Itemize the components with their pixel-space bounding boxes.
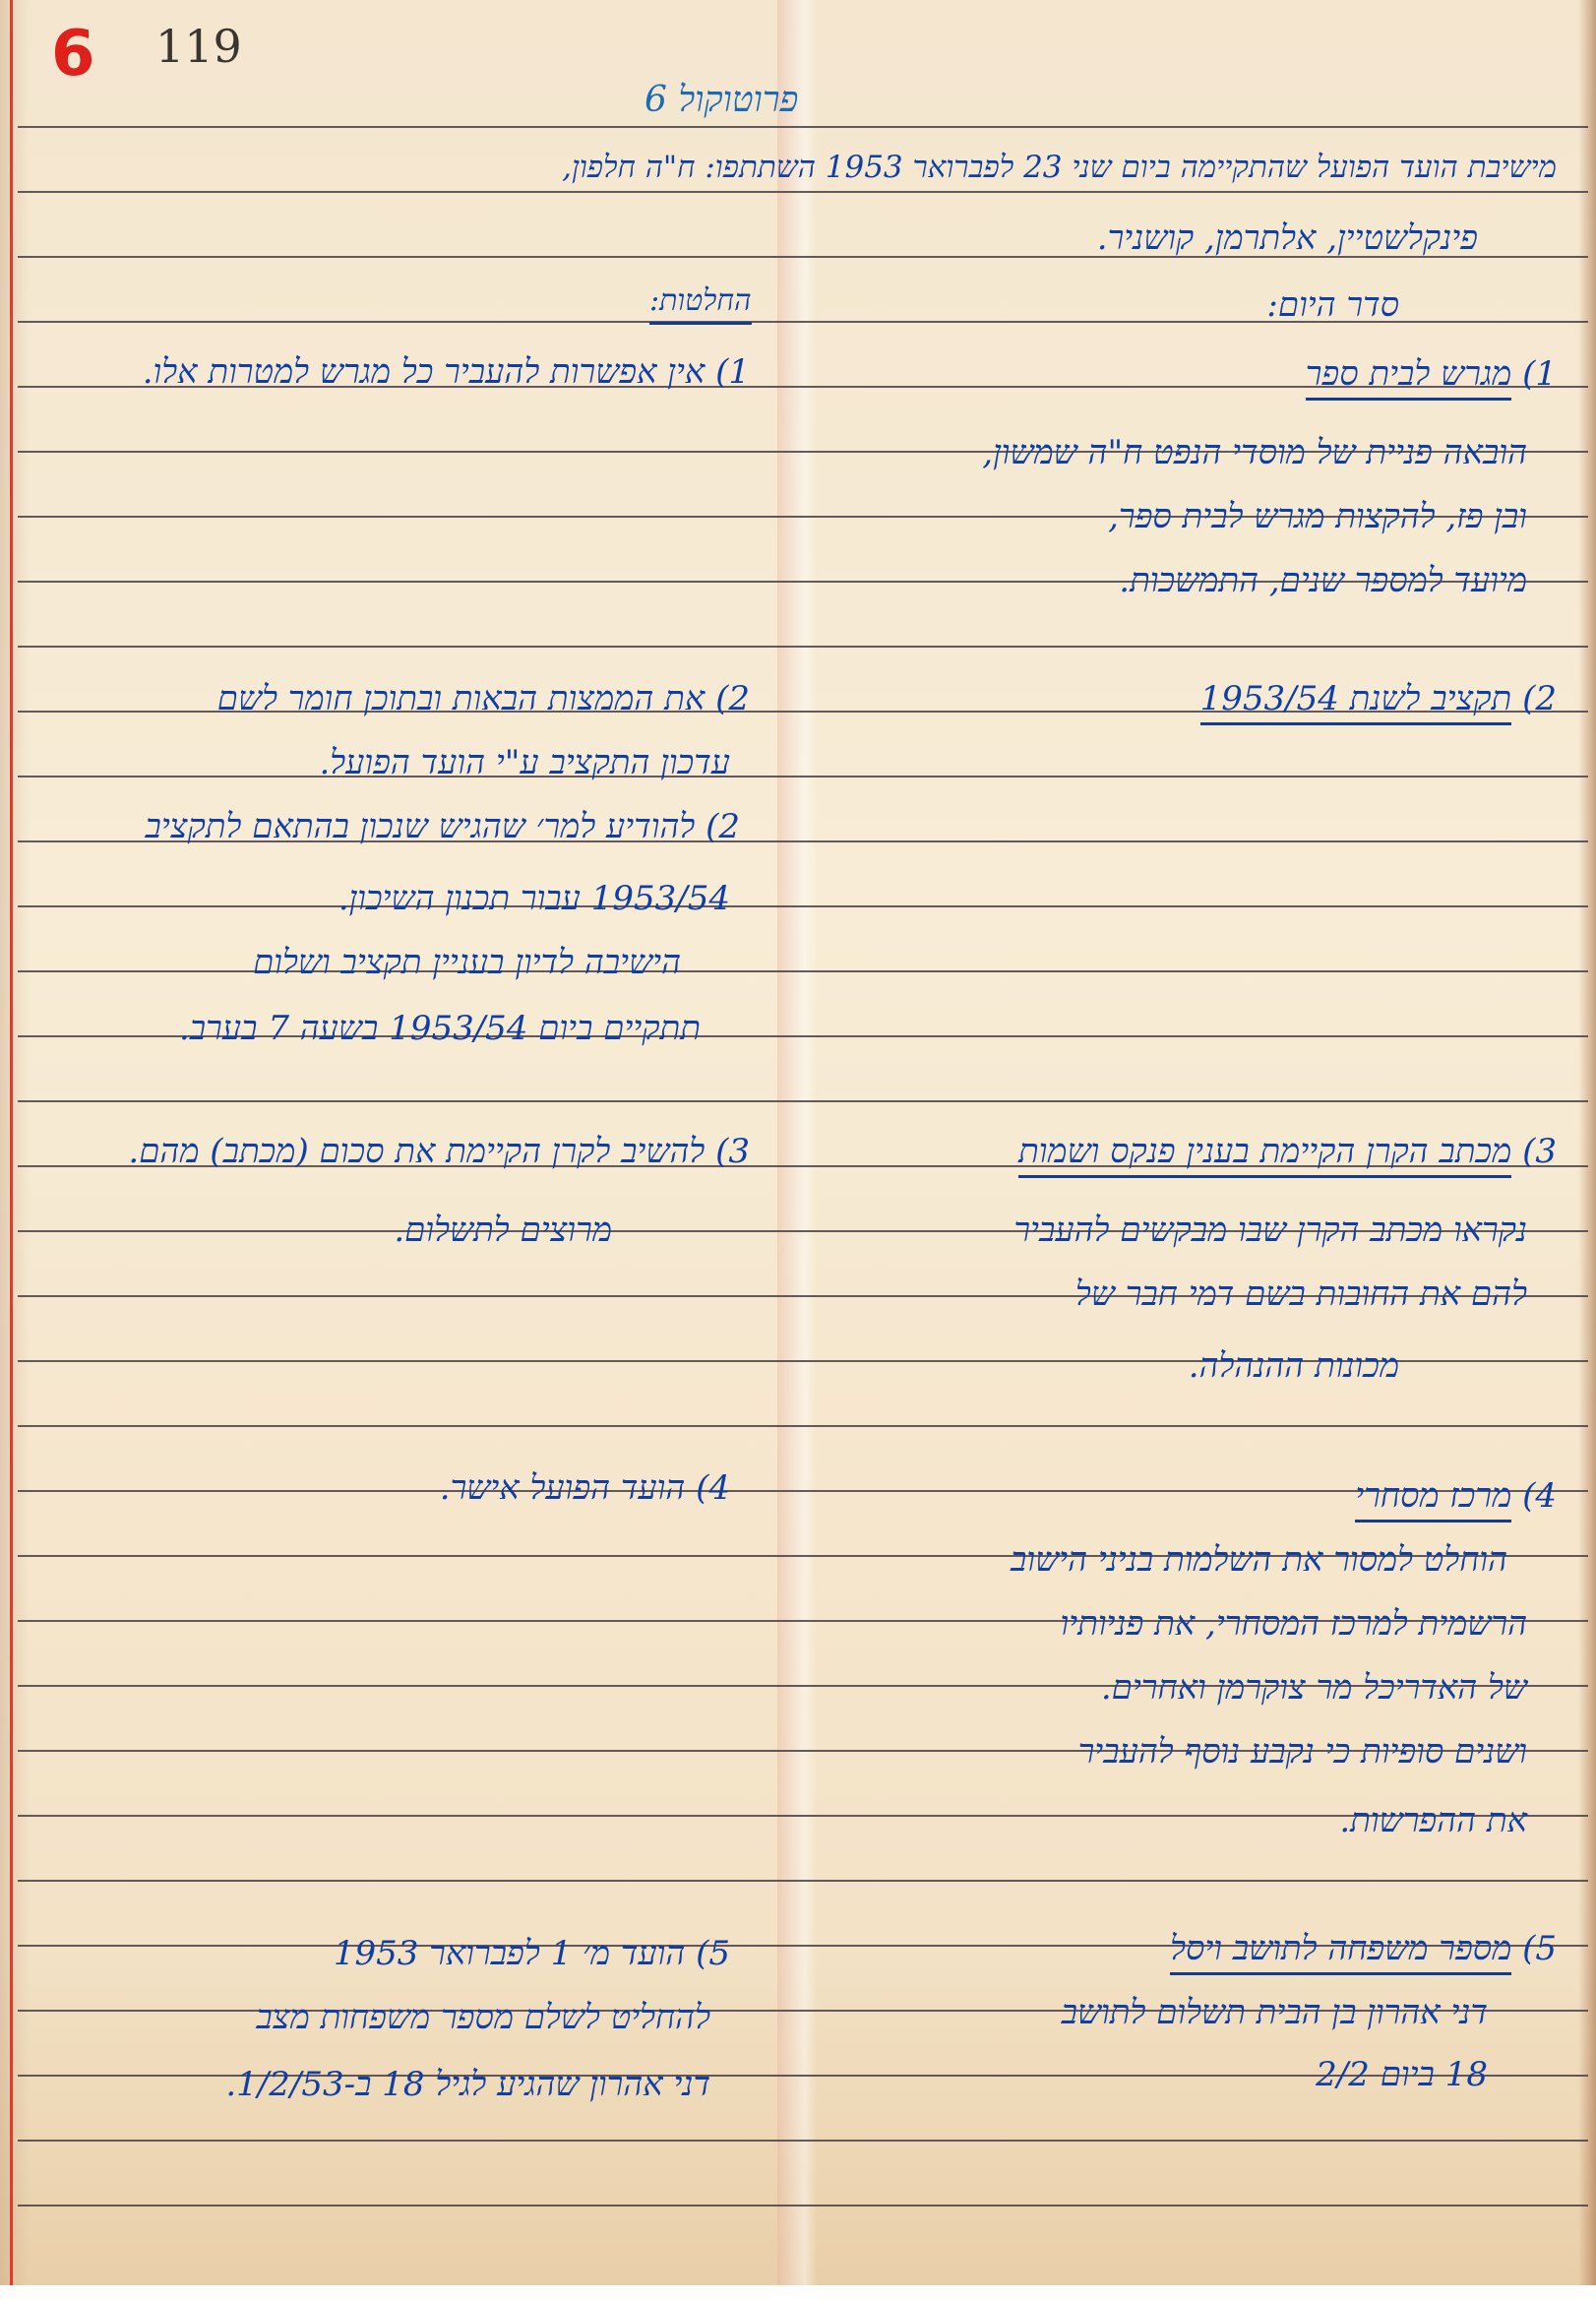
agenda-item-4-line: הוחלט למסור את השלמות בניני הישוב	[1011, 1540, 1507, 1580]
notebook-page: 6 119 פרוטוקול 6 מישיבת הועד הפועל שהתקי…	[0, 0, 1596, 2285]
folio-number-pencil: 119	[155, 22, 242, 71]
meeting-line-1: מישיבת הועד הפועל שהתקיימה ביום שני 23 ל…	[562, 148, 1557, 187]
agenda-item-4-line: את ההפרשות.	[1339, 1801, 1527, 1840]
decision-item: 5) הועד מ׳ 1 לפברואר 1953	[334, 1934, 730, 1973]
ruled-line	[18, 126, 1588, 128]
decision-line: תתקיים ביום 1953/54 בשעה 7 בערב.	[179, 1009, 701, 1048]
agenda-item-5-line: דני אהרון בן הבית תשלום לתושב	[1062, 1993, 1488, 2032]
decision-item: 2) להודיע למר׳ שהגיש שנכון בהתאם לתקציב	[145, 807, 740, 846]
meeting-line-2: פינקלשטיין, אלתרמן, קושניר.	[1097, 218, 1478, 258]
agenda-item-4-line: הרשמית למרכז המסחרי, את פניותיו	[1060, 1604, 1527, 1644]
agenda-item-4-heading: 4) מרכז מסחרי	[1355, 1476, 1557, 1516]
agenda-item-3-line: מכונות ההנהלה.	[1189, 1346, 1399, 1386]
ruled-line	[18, 646, 1588, 648]
decision-line: מרוצים לתשלום.	[394, 1211, 612, 1250]
agenda-item-3-line: להם את החובות בשם דמי חבר של	[1075, 1274, 1527, 1314]
decision-line: עדכון התקציב ע"י הועד הפועל.	[319, 743, 730, 782]
agenda-item-3-line: נקראו מכתב הקרן שבו מבקשים להעביר	[1013, 1211, 1527, 1250]
ruled-line	[18, 1490, 1588, 1492]
agenda-item-5-line: 18 ביום 2/2	[1316, 2055, 1488, 2094]
page-edge-shadow	[1578, 0, 1596, 2285]
decision-item: 2) את הממצות הבאות ובתוכן חומר לשם	[217, 679, 750, 718]
agenda-item-2-heading: 2) תקציב לשנת 1953/54	[1200, 679, 1557, 718]
ruled-line	[18, 1880, 1588, 1882]
ruled-line	[18, 2205, 1588, 2207]
agenda-item-4-line: של האדריכל מר צוקרמן ואחרים.	[1101, 1668, 1527, 1708]
ruled-line	[18, 1100, 1588, 1102]
decision-item: 4) הועד הפועל אישר.	[440, 1468, 730, 1508]
decision-line: 1953/54 עבור תכנון השיכון.	[338, 879, 730, 918]
decisions-label: החלטות:	[649, 281, 752, 321]
agenda-item-4-line: ושנים סופיות כי נקבע נוסף להעביר	[1078, 1732, 1527, 1772]
decision-item: 1) אין אפשרות להעביר כל מגרש למטרות אלו.	[143, 352, 750, 392]
ruled-line	[18, 905, 1588, 907]
red-margin-line	[10, 0, 13, 2285]
decision-line: הישיבה לדיון בעניין תקציב ושלום	[253, 943, 681, 982]
agenda-item-3-heading: 3) מכתב הקרן הקיימת בענין פנקס ושמות	[1018, 1132, 1557, 1171]
decision-line: דני אהרון שהגיע לגיל 18 ב-1/2/53.	[225, 2065, 710, 2104]
folio-number-red: 6	[51, 20, 95, 89]
agenda-item-1-line: הובאה פניית של מוסדי הנפט ח"ה שמשון,	[982, 433, 1527, 472]
agenda-label: סדר היום:	[1266, 285, 1399, 325]
protocol-title: פרוטוקול 6	[645, 81, 798, 120]
ruled-line	[18, 776, 1588, 777]
ruled-line	[18, 2140, 1588, 2142]
decision-item: 3) להשיב לקרן הקיימת את סכום (מכתב) מהם.	[128, 1132, 750, 1171]
agenda-item-1-heading: 1) מגרש לבית ספר	[1306, 354, 1557, 394]
binding-gutter	[777, 0, 817, 2285]
decision-line: להחליט לשלם מספר משפחות מצב	[256, 1998, 710, 2037]
ruled-line	[18, 191, 1588, 193]
agenda-item-5-heading: 5) מספר משפחה לתושב ויסל	[1170, 1929, 1557, 1968]
ruled-line	[18, 1425, 1588, 1427]
agenda-item-1-line: ובן פז, להקצות מגרש לבית ספר,	[1108, 497, 1527, 536]
agenda-item-1-line: מיועד למספר שנים, התמשכות.	[1119, 561, 1527, 600]
